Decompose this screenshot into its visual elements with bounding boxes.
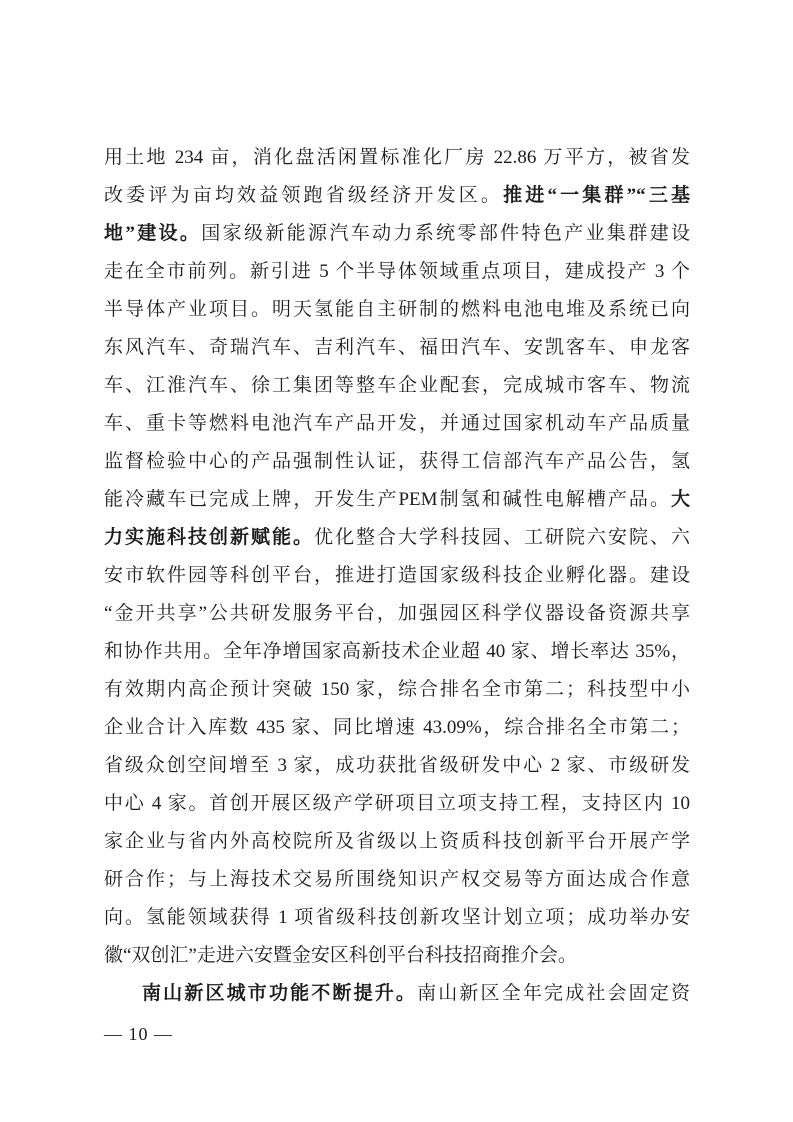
text-run: 半导体产业项目。明天氢能自主研制的燃料电池电堆及系统已向 bbox=[104, 299, 690, 320]
text-line: 徽“双创汇”走进六安暨金安区科创平台科技招商推介会。 bbox=[104, 937, 690, 975]
text-line: 中心 4 家。首创开展区级产学研项目立项支持工程，支持区内 10 bbox=[104, 785, 690, 823]
bold-text-run: 力实施科技创新赋能。 bbox=[104, 527, 314, 548]
text-run: 改委评为亩均效益领跑省级经济开发区。 bbox=[104, 185, 503, 206]
text-run: 优化整合大学科技园、工研院六安院、六 bbox=[314, 527, 690, 548]
text-line: 地”建设。国家级新能源汽车动力系统零部件特色产业集群建设 bbox=[104, 215, 690, 253]
paragraph: 用土地 234 亩，消化盘活闲置标准化厂房 22.86 万平方，被省发改委评为亩… bbox=[104, 139, 690, 975]
text-line: 东风汽车、奇瑞汽车、吉利汽车、福田汽车、安凯客车、申龙客 bbox=[104, 329, 690, 367]
text-line: 研合作；与上海技术交易所围绕知识产权交易等方面达成合作意 bbox=[104, 861, 690, 899]
bold-text-run: 大 bbox=[671, 489, 690, 510]
text-line: 车、江淮汽车、徐工集团等整车企业配套，完成城市客车、物流 bbox=[104, 367, 690, 405]
text-line: 走在全市前列。新引进 5 个半导体领域重点项目，建成投产 3 个 bbox=[104, 253, 690, 291]
text-run: 监督检验中心的产品强制性认证，获得工信部汽车产品公告，氢 bbox=[104, 451, 690, 472]
text-line: 改委评为亩均效益领跑省级经济开发区。推进“一集群”“三基 bbox=[104, 177, 690, 215]
text-run: 国家级新能源汽车动力系统零部件特色产业集群建设 bbox=[201, 223, 690, 244]
bold-text-run: 地”建设。 bbox=[104, 223, 201, 244]
document-body: 用土地 234 亩，消化盘活闲置标准化厂房 22.86 万平方，被省发改委评为亩… bbox=[104, 139, 690, 1013]
text-line: 安市软件园等科创平台，推进打造国家级科技企业孵化器。建设 bbox=[104, 557, 690, 595]
text-line: 监督检验中心的产品强制性认证，获得工信部汽车产品公告，氢 bbox=[104, 443, 690, 481]
text-run: 安市软件园等科创平台，推进打造国家级科技企业孵化器。建设 bbox=[104, 565, 690, 586]
text-run: 用土地 234 亩，消化盘活闲置标准化厂房 22.86 万平方，被省发 bbox=[104, 147, 690, 168]
text-line: 家企业与省内外高校院所及省级以上资质科技创新平台开展产学 bbox=[104, 823, 690, 861]
text-line: 有效期内高企预计突破 150 家，综合排名全市第二；科技型中小 bbox=[104, 671, 690, 709]
text-run: 南山新区全年完成社会固定资 bbox=[417, 983, 690, 1004]
text-line: “金开共享”公共研发服务平台，加强园区科学仪器设备资源共享 bbox=[104, 595, 690, 633]
text-run: 东风汽车、奇瑞汽车、吉利汽车、福田汽车、安凯客车、申龙客 bbox=[104, 337, 690, 358]
text-line: 车、重卡等燃料电池汽车产品开发，并通过国家机动车产品质量 bbox=[104, 405, 690, 443]
text-line: 用土地 234 亩，消化盘活闲置标准化厂房 22.86 万平方，被省发 bbox=[104, 139, 690, 177]
text-line: 省级众创空间增至 3 家，成功获批省级研发中心 2 家、市级研发 bbox=[104, 747, 690, 785]
bold-text-run: 推进“一集群”“三基 bbox=[503, 185, 690, 206]
text-run: 中心 4 家。首创开展区级产学研项目立项支持工程，支持区内 10 bbox=[104, 793, 690, 814]
document-page: 用土地 234 亩，消化盘活闲置标准化厂房 22.86 万平方，被省发改委评为亩… bbox=[0, 0, 793, 1122]
text-run: 车、江淮汽车、徐工集团等整车企业配套，完成城市客车、物流 bbox=[104, 375, 690, 396]
text-run: 和协作共用。全年净增国家高新技术企业超 40 家、增长率达 35%， bbox=[104, 641, 690, 662]
text-line: 向。氢能领域获得 1 项省级科技创新攻坚计划立项；成功举办安 bbox=[104, 899, 690, 937]
text-run: 家企业与省内外高校院所及省级以上资质科技创新平台开展产学 bbox=[104, 831, 690, 852]
text-run: 徽“双创汇”走进六安暨金安区科创平台科技招商推介会。 bbox=[104, 945, 577, 966]
text-run: 省级众创空间增至 3 家，成功获批省级研发中心 2 家、市级研发 bbox=[104, 755, 690, 776]
text-line: 南山新区城市功能不断提升。南山新区全年完成社会固定资 bbox=[104, 975, 690, 1013]
paragraph: 南山新区城市功能不断提升。南山新区全年完成社会固定资 bbox=[104, 975, 690, 1013]
text-line: 半导体产业项目。明天氢能自主研制的燃料电池电堆及系统已向 bbox=[104, 291, 690, 329]
text-run: 能冷藏车已完成上牌，开发生产PEM制氢和碱性电解槽产品。 bbox=[104, 489, 671, 510]
text-run: 研合作；与上海技术交易所围绕知识产权交易等方面达成合作意 bbox=[104, 869, 690, 890]
text-line: 企业合计入库数 435 家、同比增速 43.09%，综合排名全市第二； bbox=[104, 709, 690, 747]
bold-text-run: 南山新区城市功能不断提升。 bbox=[142, 983, 417, 1004]
text-run: 车、重卡等燃料电池汽车产品开发，并通过国家机动车产品质量 bbox=[104, 413, 690, 434]
text-line: 能冷藏车已完成上牌，开发生产PEM制氢和碱性电解槽产品。大 bbox=[104, 481, 690, 519]
text-run: 企业合计入库数 435 家、同比增速 43.09%，综合排名全市第二； bbox=[104, 717, 690, 738]
page-number: — 10 — bbox=[104, 1022, 173, 1046]
text-line: 力实施科技创新赋能。优化整合大学科技园、工研院六安院、六 bbox=[104, 519, 690, 557]
text-line: 和协作共用。全年净增国家高新技术企业超 40 家、增长率达 35%， bbox=[104, 633, 690, 671]
text-run: 走在全市前列。新引进 5 个半导体领域重点项目，建成投产 3 个 bbox=[104, 261, 690, 282]
text-run: 向。氢能领域获得 1 项省级科技创新攻坚计划立项；成功举办安 bbox=[104, 907, 690, 928]
text-run: “金开共享”公共研发服务平台，加强园区科学仪器设备资源共享 bbox=[104, 603, 690, 624]
text-run: 有效期内高企预计突破 150 家，综合排名全市第二；科技型中小 bbox=[104, 679, 690, 700]
